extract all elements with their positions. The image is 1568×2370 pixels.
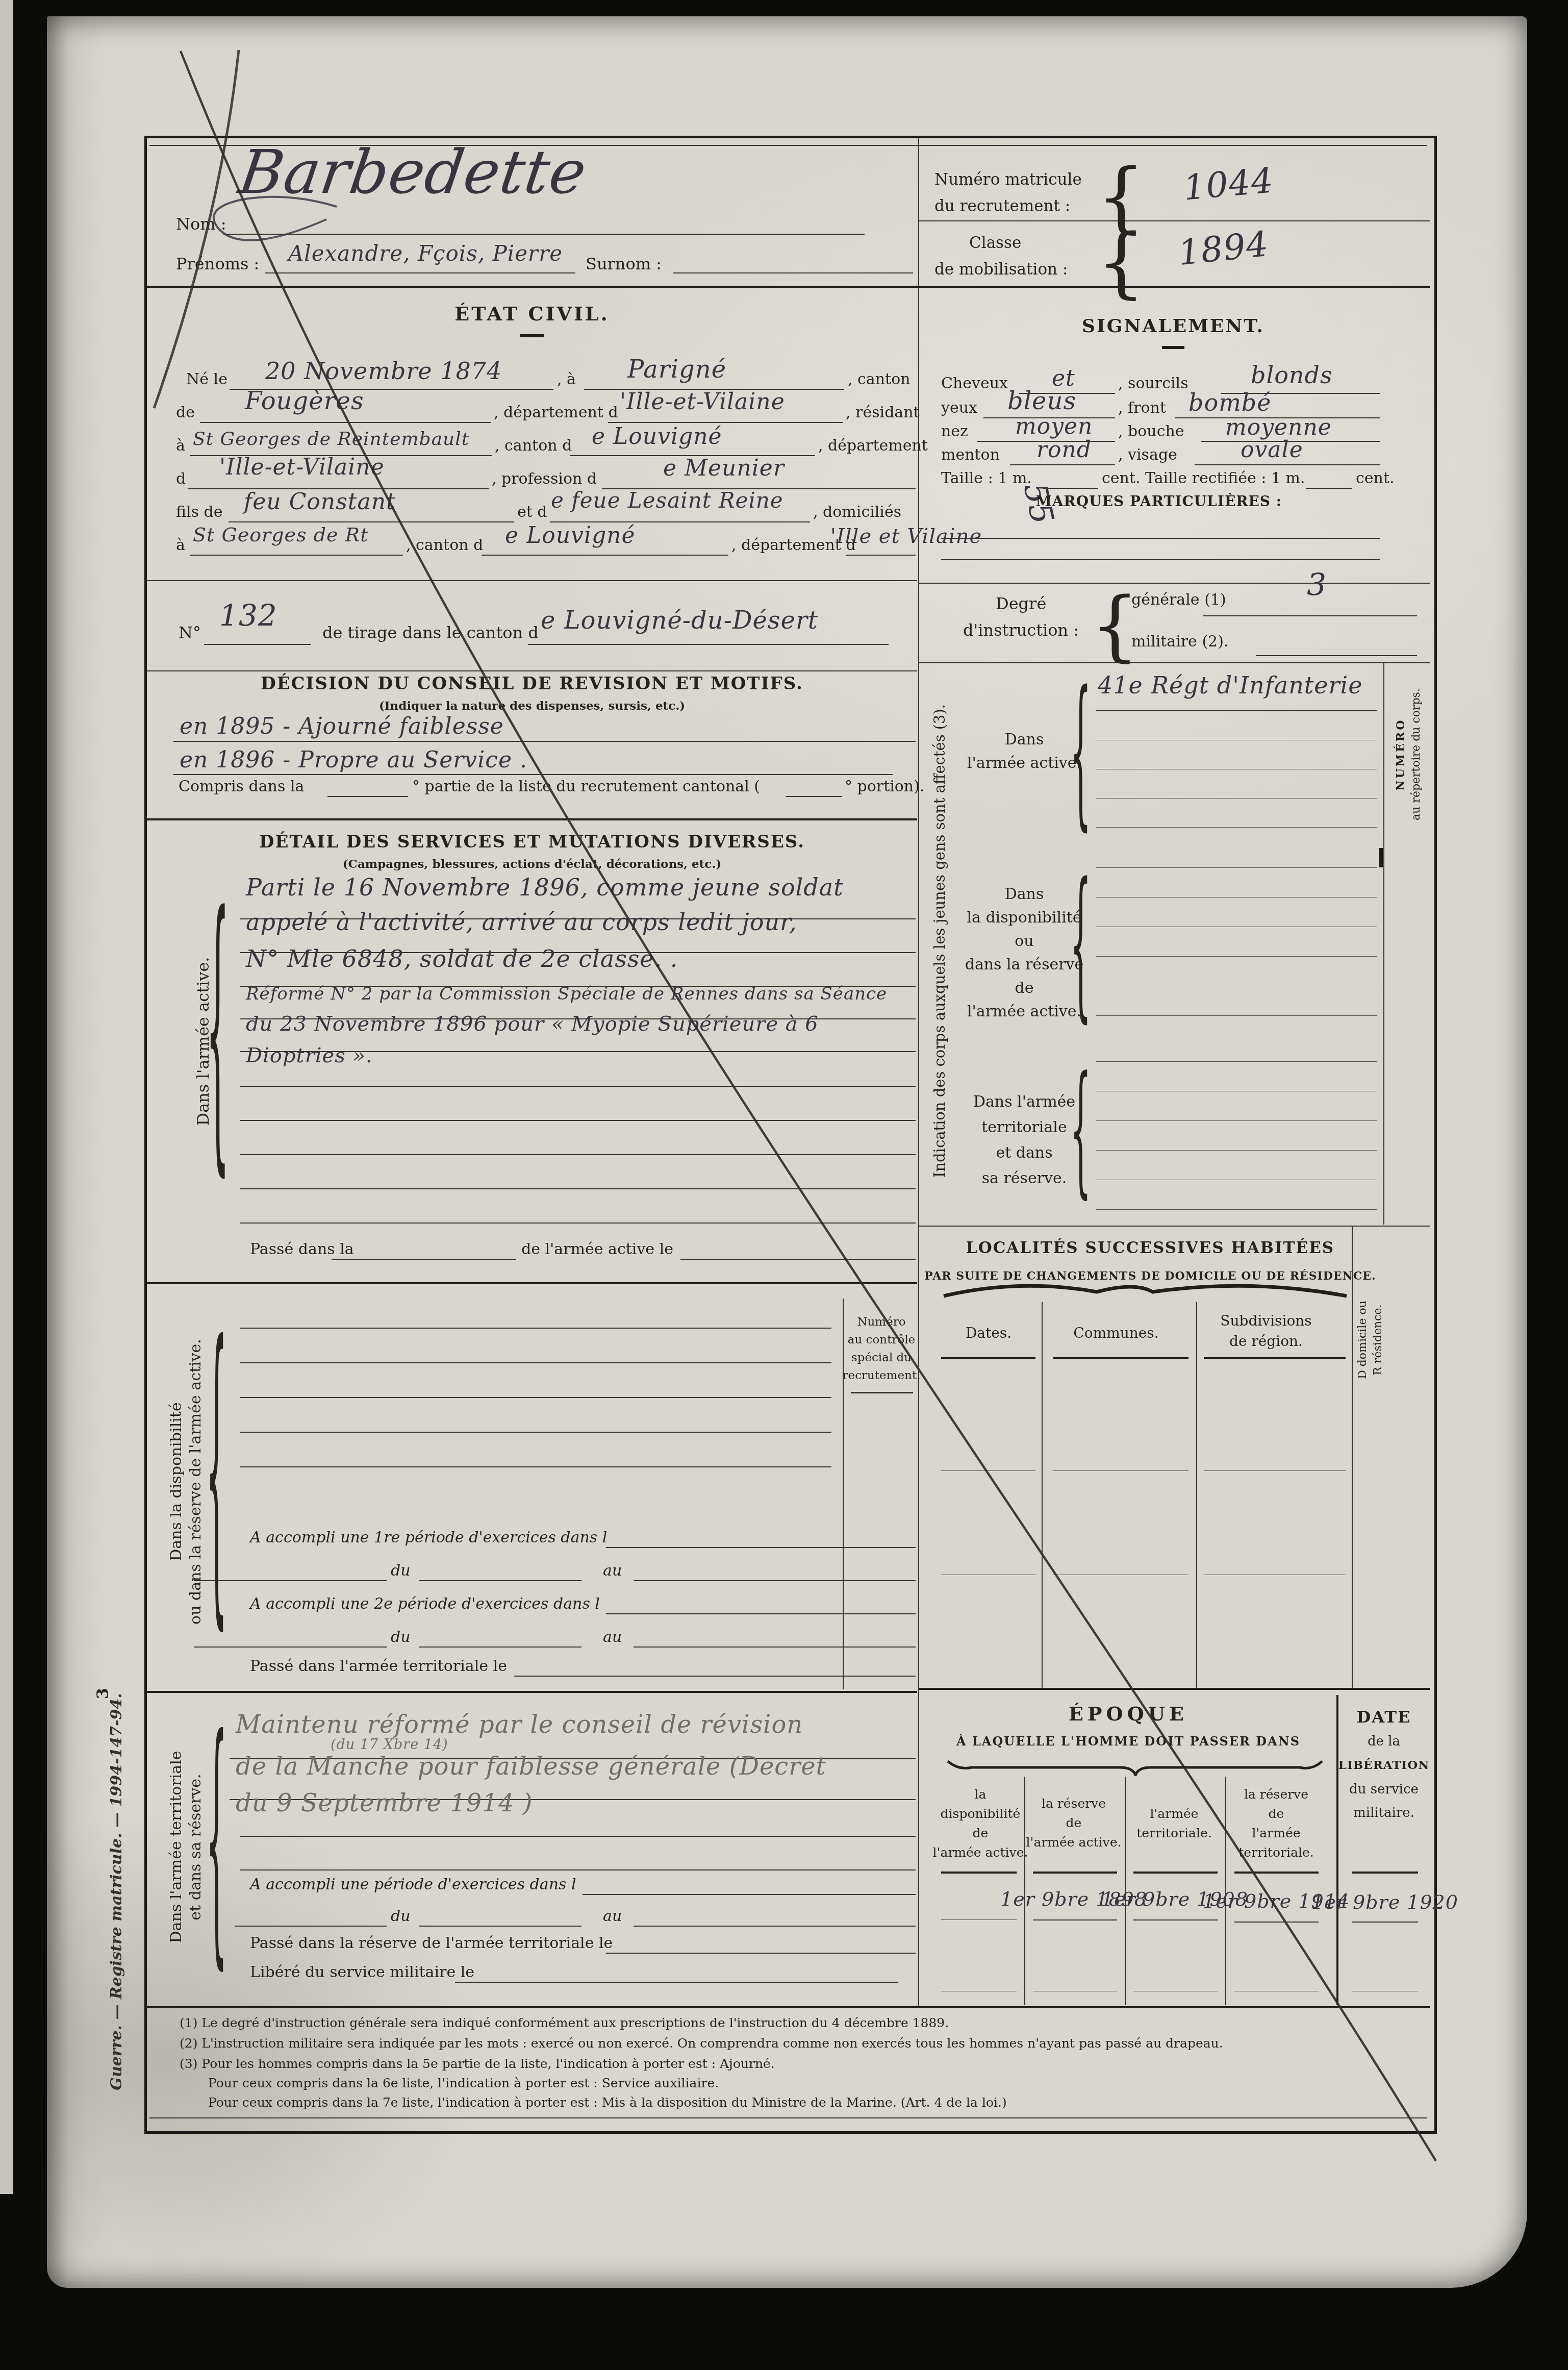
- write-line: [240, 1466, 831, 1467]
- row-line: [1204, 1575, 1346, 1575]
- epoque-col-header: l'armée active.: [933, 1845, 1028, 1860]
- hw-pencil-line: Maintenu réformé par le conseil de révis…: [236, 1710, 803, 1739]
- localites-col-line: [1196, 1302, 1197, 1688]
- write-line: [1256, 655, 1417, 656]
- write-line: [419, 1580, 581, 1581]
- scanned-register-page: Guerre. — Registre matricule. — 1994-147…: [0, 0, 1568, 2370]
- write-line: [1096, 1091, 1377, 1091]
- write-line: [200, 422, 491, 423]
- localites-title: LOCALITÉS SUCCESSIVES HABITÉES: [966, 1239, 1334, 1257]
- epoque-col-header: territoriale.: [1136, 1826, 1211, 1840]
- label: , visage: [1118, 446, 1177, 464]
- write-line: [235, 1926, 387, 1927]
- cell-divider: [919, 220, 1430, 221]
- hw-degre-value: 3: [1307, 567, 1327, 603]
- section-rule-thick: [146, 1282, 917, 1284]
- row-line: [1133, 1991, 1218, 1991]
- write-line: [240, 1223, 916, 1224]
- label: menton: [941, 446, 1000, 464]
- write-line: [173, 774, 893, 775]
- write-line: [846, 555, 916, 556]
- write-line: [634, 1580, 916, 1581]
- numero-repertoire-column-line: [1383, 663, 1384, 1225]
- localites-col-header: Communes.: [1073, 1325, 1158, 1341]
- corps-group1-label: Dans: [1005, 731, 1044, 749]
- nom-label: Nom :: [176, 214, 226, 234]
- label: à: [176, 437, 185, 455]
- epoque-col-header: de: [1066, 1815, 1082, 1830]
- write-line: [240, 1086, 916, 1087]
- epoque-col-header: la réserve: [1042, 1796, 1106, 1811]
- write-line: [1096, 1015, 1377, 1016]
- localites-col-header: Dates.: [966, 1325, 1011, 1341]
- label: d: [176, 470, 186, 488]
- label: Compris dans la: [179, 778, 304, 795]
- localites-dr-label: D domicile ou R résidence.: [1355, 1276, 1386, 1404]
- write-line: [1306, 488, 1352, 489]
- write-line: [173, 741, 916, 742]
- matricule-value: 1044: [1182, 160, 1275, 208]
- write-line: [419, 1646, 581, 1648]
- brace: {: [1097, 224, 1145, 301]
- margin-caption: Guerre. — Registre matricule. — 1994-147…: [108, 1688, 125, 2096]
- label: Né le: [186, 370, 227, 388]
- label: , profession d: [492, 470, 597, 488]
- write-line: [332, 1259, 516, 1260]
- row-line: [941, 1919, 1017, 1920]
- label: , bouche: [1118, 422, 1184, 440]
- surnom-label: Surnom :: [586, 254, 662, 273]
- label: Passé dans l'armée territoriale le: [250, 1657, 507, 1675]
- epoque-col-header: de: [1269, 1806, 1284, 1821]
- write-line: [1096, 867, 1377, 868]
- date-column-line: [1336, 1695, 1338, 2005]
- label: A accompli une 2e période d'exercices da…: [250, 1595, 600, 1613]
- localites-col-header: Subdivisions: [1220, 1312, 1311, 1329]
- header-underline: [941, 1872, 1017, 1874]
- label: Taille : 1 m.: [941, 469, 1032, 487]
- label: au: [603, 1907, 622, 1925]
- write-line: [1096, 986, 1377, 986]
- write-line: [240, 1869, 916, 1870]
- label: militaire (2).: [1131, 633, 1228, 651]
- write-line: [1096, 798, 1377, 799]
- write-line: [608, 422, 843, 423]
- controle-header: recrutement.: [843, 1369, 921, 1382]
- hw-value: 'Ille et Vilaine: [830, 525, 982, 548]
- etat-civil-title: ÉTAT CIVIL.: [454, 302, 609, 325]
- write-line: [327, 796, 408, 797]
- hw-value: 'Ille-et-Vilaine: [219, 454, 385, 480]
- epoque-col-header: la réserve: [1244, 1787, 1308, 1802]
- write-line: [1096, 710, 1377, 711]
- row-line: [1352, 1991, 1418, 1991]
- label: , département: [818, 437, 928, 455]
- hw-value: e Louvigné: [592, 423, 722, 450]
- label: , à: [557, 370, 576, 388]
- dr-line: R résidence.: [1372, 1304, 1384, 1375]
- services-title: DÉTAIL DES SERVICES ET MUTATIONS DIVERSE…: [259, 832, 805, 852]
- epoque-col-header: la: [975, 1787, 987, 1802]
- label: Libéré du service militaire le: [250, 1963, 474, 1981]
- corps-group3-label: et dans: [996, 1144, 1052, 1162]
- write-line: [223, 234, 865, 235]
- write-line: [190, 555, 403, 556]
- label: Passé dans la: [250, 1240, 354, 1258]
- localites-col-line: [1042, 1302, 1043, 1688]
- hw-decision-1895: en 1895 - Ajourné faiblesse: [180, 713, 504, 739]
- hw-value: St Georges de Rt: [193, 523, 368, 546]
- write-line: [1096, 1120, 1377, 1121]
- section-rule-thick: [146, 818, 917, 820]
- write-line: [1096, 1061, 1377, 1062]
- hw-service-line: du 23 Novembre 1896 pour « Myopie Supéri…: [246, 1012, 819, 1036]
- corps-group3-label: sa réserve.: [982, 1169, 1067, 1187]
- brace: {: [1070, 669, 1091, 832]
- side-label-territoriale: Dans l'armée territoriale et dans sa rés…: [167, 1684, 206, 2010]
- write-line: [240, 1328, 831, 1329]
- tirage-number: 132: [219, 598, 277, 633]
- hw-service-line: Parti le 16 Novembre 1896, comme jeune s…: [246, 874, 844, 901]
- date-header: du service: [1349, 1782, 1419, 1797]
- hw-value: e Meunier: [663, 455, 785, 481]
- label: à: [176, 536, 185, 554]
- label: , sourcils: [1118, 375, 1188, 392]
- marques-label: MARQUES PARTICULIÈRES :: [1036, 493, 1282, 510]
- write-line: [786, 796, 842, 797]
- header-underline: [1234, 1872, 1319, 1874]
- row-line: [1033, 1991, 1117, 1991]
- hw-value: bombé: [1188, 389, 1271, 416]
- date-header: de la: [1368, 1734, 1400, 1749]
- hw-value: e Louvigné-du-Désert: [541, 606, 818, 635]
- hw-epoque-date: 1er 9bre 1920: [1311, 1891, 1458, 1913]
- corps-group3-label: territoriale: [981, 1118, 1067, 1136]
- side-label-line: et dans sa réserve.: [187, 1774, 205, 1920]
- write-line: [204, 644, 311, 645]
- label: au: [603, 1562, 622, 1580]
- label: Degré: [996, 594, 1046, 613]
- row-line: [1204, 1470, 1346, 1471]
- date-header: DATE: [1356, 1707, 1411, 1727]
- epoque-col-header: disponibilité: [941, 1806, 1021, 1821]
- write-line: [265, 272, 575, 273]
- label: A accompli une 1re période d'exercices d…: [250, 1529, 607, 1546]
- label: yeux: [941, 399, 977, 417]
- label: ° partie de la liste du recrutement cant…: [412, 778, 760, 795]
- corps-group2-label: de: [1015, 979, 1034, 997]
- epoque-col-header: l'armée: [1252, 1826, 1300, 1840]
- side-label-line: Dans l'armée territoriale: [167, 1751, 185, 1943]
- header-underline: [1352, 1872, 1418, 1874]
- corps-group2-label: dans la réserve: [965, 956, 1084, 974]
- write-line: [1096, 927, 1377, 927]
- write-line: [240, 1397, 831, 1398]
- hw-value: 20 Novembre 1874: [265, 357, 502, 385]
- brace: {: [1070, 861, 1091, 1024]
- controle-header: au contrôle: [848, 1333, 915, 1346]
- title-dash: [520, 334, 544, 337]
- write-line: [240, 1188, 916, 1189]
- write-line: [673, 272, 913, 273]
- localites-col-header: de région.: [1229, 1333, 1303, 1350]
- label: Passé dans la réserve de l'armée territo…: [250, 1934, 613, 1952]
- hw-service-line: Réformé N° 2 par la Commission Spéciale …: [246, 984, 887, 1004]
- epoque-col-header: de: [973, 1826, 989, 1840]
- write-line: [606, 1547, 916, 1548]
- matricule-label-2: du recrutement :: [934, 197, 1070, 215]
- brace: {: [206, 1304, 227, 1629]
- date-header: militaire.: [1353, 1805, 1414, 1820]
- label: A accompli une période d'exercices dans …: [250, 1876, 576, 1893]
- corps-group3-label: Dans l'armée: [973, 1093, 1075, 1111]
- write-line: [1195, 464, 1380, 465]
- side-label-disponibilite: Dans la disponibilité ou dans la réserve…: [167, 1273, 206, 1691]
- label: de: [176, 404, 195, 421]
- footnote: (2) L'instruction militaire sera indiqué…: [180, 2036, 1223, 2051]
- localites-subtitle: PAR SUITE DE CHANGEMENTS DE DOMICILE OU …: [924, 1269, 1376, 1283]
- hw-value: ovale: [1241, 437, 1303, 463]
- decision-title: DÉCISION DU CONSEIL DE REVISION ET MOTIF…: [261, 673, 803, 694]
- label: et d: [517, 503, 547, 521]
- write-line: [528, 644, 889, 645]
- row-line: [1053, 1575, 1188, 1575]
- label: d'instruction :: [963, 620, 1079, 640]
- hw-value: 'Ille-et-Vilaine: [620, 389, 785, 415]
- label: N°: [179, 623, 201, 642]
- write-line: [941, 538, 1380, 539]
- label: du: [391, 1628, 411, 1646]
- corps-group2-label: la disponibilité: [967, 909, 1081, 927]
- epoque-title: ÉPOQUE: [1069, 1702, 1188, 1725]
- repertoire-tick: [1379, 848, 1383, 867]
- classe-label-1: Classe: [969, 234, 1021, 252]
- row-line: [1234, 1991, 1319, 1991]
- hw-value: e Louvigné: [505, 522, 636, 548]
- title-dash: [1162, 346, 1184, 349]
- label: , canton: [848, 370, 911, 388]
- row-line: [941, 1575, 1035, 1575]
- write-line: [634, 1646, 916, 1648]
- hw-value: Fougères: [245, 387, 364, 415]
- label: cent.: [1356, 469, 1394, 487]
- write-line: [240, 1362, 831, 1363]
- hw-service-line: appelé à l'activité, arrivé au corps led…: [246, 908, 797, 936]
- row-line: [1133, 1919, 1218, 1920]
- brace: {: [1070, 1057, 1091, 1200]
- name-script: Barbedette: [235, 137, 591, 207]
- footnote: Pour ceux compris dans la 6e liste, l'in…: [208, 2076, 719, 2090]
- label: nez: [941, 422, 968, 440]
- write-line: [1096, 740, 1377, 740]
- hw-decision-1896: en 1896 - Propre au Service .: [180, 747, 527, 773]
- numero-repertoire-line: au répertoire du corps.: [1410, 688, 1423, 820]
- hw-service-line: Dioptries ».: [246, 1044, 373, 1067]
- write-line: [482, 555, 728, 556]
- corps-group1-label: l'armée active.: [967, 754, 1081, 772]
- write-line: [1096, 897, 1377, 897]
- services-subtitle: (Campagnes, blessures, actions d'éclat, …: [343, 857, 722, 871]
- hw-value: rond: [1036, 437, 1092, 463]
- band-bottom-rule: [146, 286, 1430, 288]
- controle-column-line: [843, 1299, 844, 1689]
- label: du: [391, 1562, 411, 1580]
- epoque-col-header: l'armée active.: [1026, 1835, 1122, 1850]
- label: , résidant: [846, 404, 920, 421]
- write-line: [634, 1926, 916, 1927]
- hw-service-line: N° Mle 6848, soldat de 2e classe. .: [246, 945, 678, 972]
- controle-underline: [851, 1392, 913, 1393]
- header-underline: [1053, 1357, 1188, 1359]
- previous-page-edge: [0, 0, 13, 2194]
- localites-col-line: [1352, 1227, 1353, 1688]
- footnote: (3) Pour les hommes compris dans la 5e p…: [180, 2056, 775, 2071]
- hw-regiment: 41e Régt d'Infanterie: [1098, 671, 1362, 699]
- section-rule: [146, 670, 917, 671]
- numero-repertoire-label: NUMÉRO au répertoire du corps.: [1393, 670, 1424, 839]
- write-line: [941, 559, 1380, 560]
- write-line: [1096, 827, 1377, 828]
- write-line: [1203, 615, 1417, 616]
- label: fils de: [176, 503, 223, 521]
- rule: [149, 2117, 1427, 2118]
- prenoms-script: Alexandre, Fçois, Pierre: [288, 241, 563, 266]
- date-header: LIBÉRATION: [1338, 1758, 1430, 1772]
- header-underline: [941, 1357, 1035, 1359]
- write-line: [240, 1432, 831, 1433]
- epoque-subtitle: À LAQUELLE L'HOMME DOIT PASSER DANS: [956, 1734, 1300, 1749]
- section-rule-thick: [146, 1691, 917, 1693]
- side-label-line: ou dans la réserve de l'armée active.: [187, 1339, 205, 1625]
- header-underline: [1033, 1872, 1117, 1874]
- brace: {: [206, 1704, 227, 1969]
- write-line: [240, 1154, 916, 1155]
- section-rule: [919, 583, 1430, 584]
- write-line: [229, 521, 514, 522]
- footnote-rule: [146, 2006, 1430, 2008]
- label: de tirage dans le canton d: [322, 623, 539, 642]
- corps-group2-label: Dans: [1005, 885, 1044, 903]
- label: , département d: [494, 404, 618, 421]
- write-line: [680, 1259, 916, 1260]
- epoque-col-header: territoriale.: [1238, 1845, 1313, 1860]
- hw-pencil-insert: (du 17 Xbre 14): [331, 1737, 448, 1753]
- label: Cheveux: [941, 375, 1008, 392]
- row-line: [1234, 1922, 1319, 1923]
- hw-pencil-line: du 9 Septembre 1914 ): [236, 1789, 533, 1817]
- hw-value: feu Constant: [244, 489, 396, 515]
- write-line: [1096, 956, 1377, 957]
- label: générale (1): [1131, 591, 1226, 609]
- row-line: [941, 1470, 1035, 1471]
- row-line: [941, 1991, 1017, 1991]
- write-line: [1096, 769, 1377, 769]
- label: ° portion).: [845, 778, 924, 795]
- hw-value: moyen: [1015, 413, 1093, 439]
- numero-repertoire-line: NUMÉRO: [1394, 718, 1407, 791]
- label: , canton d: [406, 536, 483, 554]
- corps-group2-label: l'armée active.: [967, 1003, 1081, 1020]
- write-line: [606, 1953, 916, 1954]
- controle-header: spécial du: [851, 1351, 912, 1364]
- write-line: [514, 1676, 916, 1677]
- margin-page-number: 3: [93, 1688, 112, 1699]
- section-rule: [146, 580, 917, 581]
- side-label-line: Dans la disponibilité: [167, 1402, 185, 1561]
- write-line: [1096, 1209, 1377, 1210]
- write-line: [606, 1613, 916, 1614]
- write-line: [1096, 1180, 1377, 1180]
- hw-value: blonds: [1251, 361, 1333, 389]
- hw-value: St Georges de Reintembault: [193, 429, 469, 450]
- row-line: [1053, 1470, 1188, 1471]
- corps-group2-label: ou: [1015, 932, 1033, 950]
- matricule-label-1: Numéro matricule: [934, 170, 1082, 189]
- row-line: [1033, 1919, 1117, 1920]
- epoque-col-header: l'armée: [1150, 1806, 1198, 1821]
- section-rule-thick: [919, 1688, 1430, 1690]
- row-line: [1352, 1922, 1418, 1923]
- side-label-armee-active: Dans l'armée active.: [193, 899, 213, 1184]
- hw-value: Parigné: [627, 355, 726, 384]
- decision-subtitle: (Indiquer la nature des dispenses, sursi…: [379, 699, 685, 713]
- write-line: [419, 1926, 581, 1927]
- label: de l'armée active le: [521, 1240, 673, 1258]
- hw-value: bleus: [1007, 387, 1076, 415]
- side-label-indication-corps: Indication des corps auxquels les jeunes…: [931, 665, 948, 1216]
- prenoms-label: Prénoms :: [176, 254, 259, 273]
- footnote: Pour ceux compris dans la 7e liste, l'in…: [208, 2095, 1007, 2110]
- label: , domiciliés: [813, 503, 901, 521]
- label: , canton d: [495, 437, 572, 455]
- write-line: [1096, 1150, 1377, 1151]
- footnote: (1) Le degré d'instruction générale sera…: [180, 2015, 949, 2030]
- section-rule: [919, 662, 1430, 663]
- controle-header: Numéro: [857, 1315, 905, 1329]
- write-line: [583, 1894, 916, 1895]
- label: au: [603, 1628, 622, 1646]
- write-line: [240, 1120, 916, 1121]
- dr-line: D domicile ou: [1356, 1301, 1369, 1379]
- signalement-title: SIGNALEMENT.: [1082, 315, 1264, 337]
- hw-value: e feue Lesaint Reine: [551, 488, 783, 513]
- label: cent. Taille rectifiée : 1 m.: [1102, 469, 1305, 487]
- write-line: [455, 1982, 898, 1983]
- label: du: [391, 1907, 411, 1925]
- header-underline: [1204, 1357, 1346, 1359]
- write-line: [240, 1836, 916, 1837]
- write-line: [1010, 464, 1115, 465]
- header-underline: [1133, 1872, 1218, 1874]
- classe-label-2: de mobilisation :: [934, 260, 1068, 279]
- section-rule: [919, 1226, 1430, 1227]
- hw-pencil-line: de la Manche pour faiblesse générale (De…: [236, 1752, 826, 1781]
- label: , front: [1118, 399, 1166, 417]
